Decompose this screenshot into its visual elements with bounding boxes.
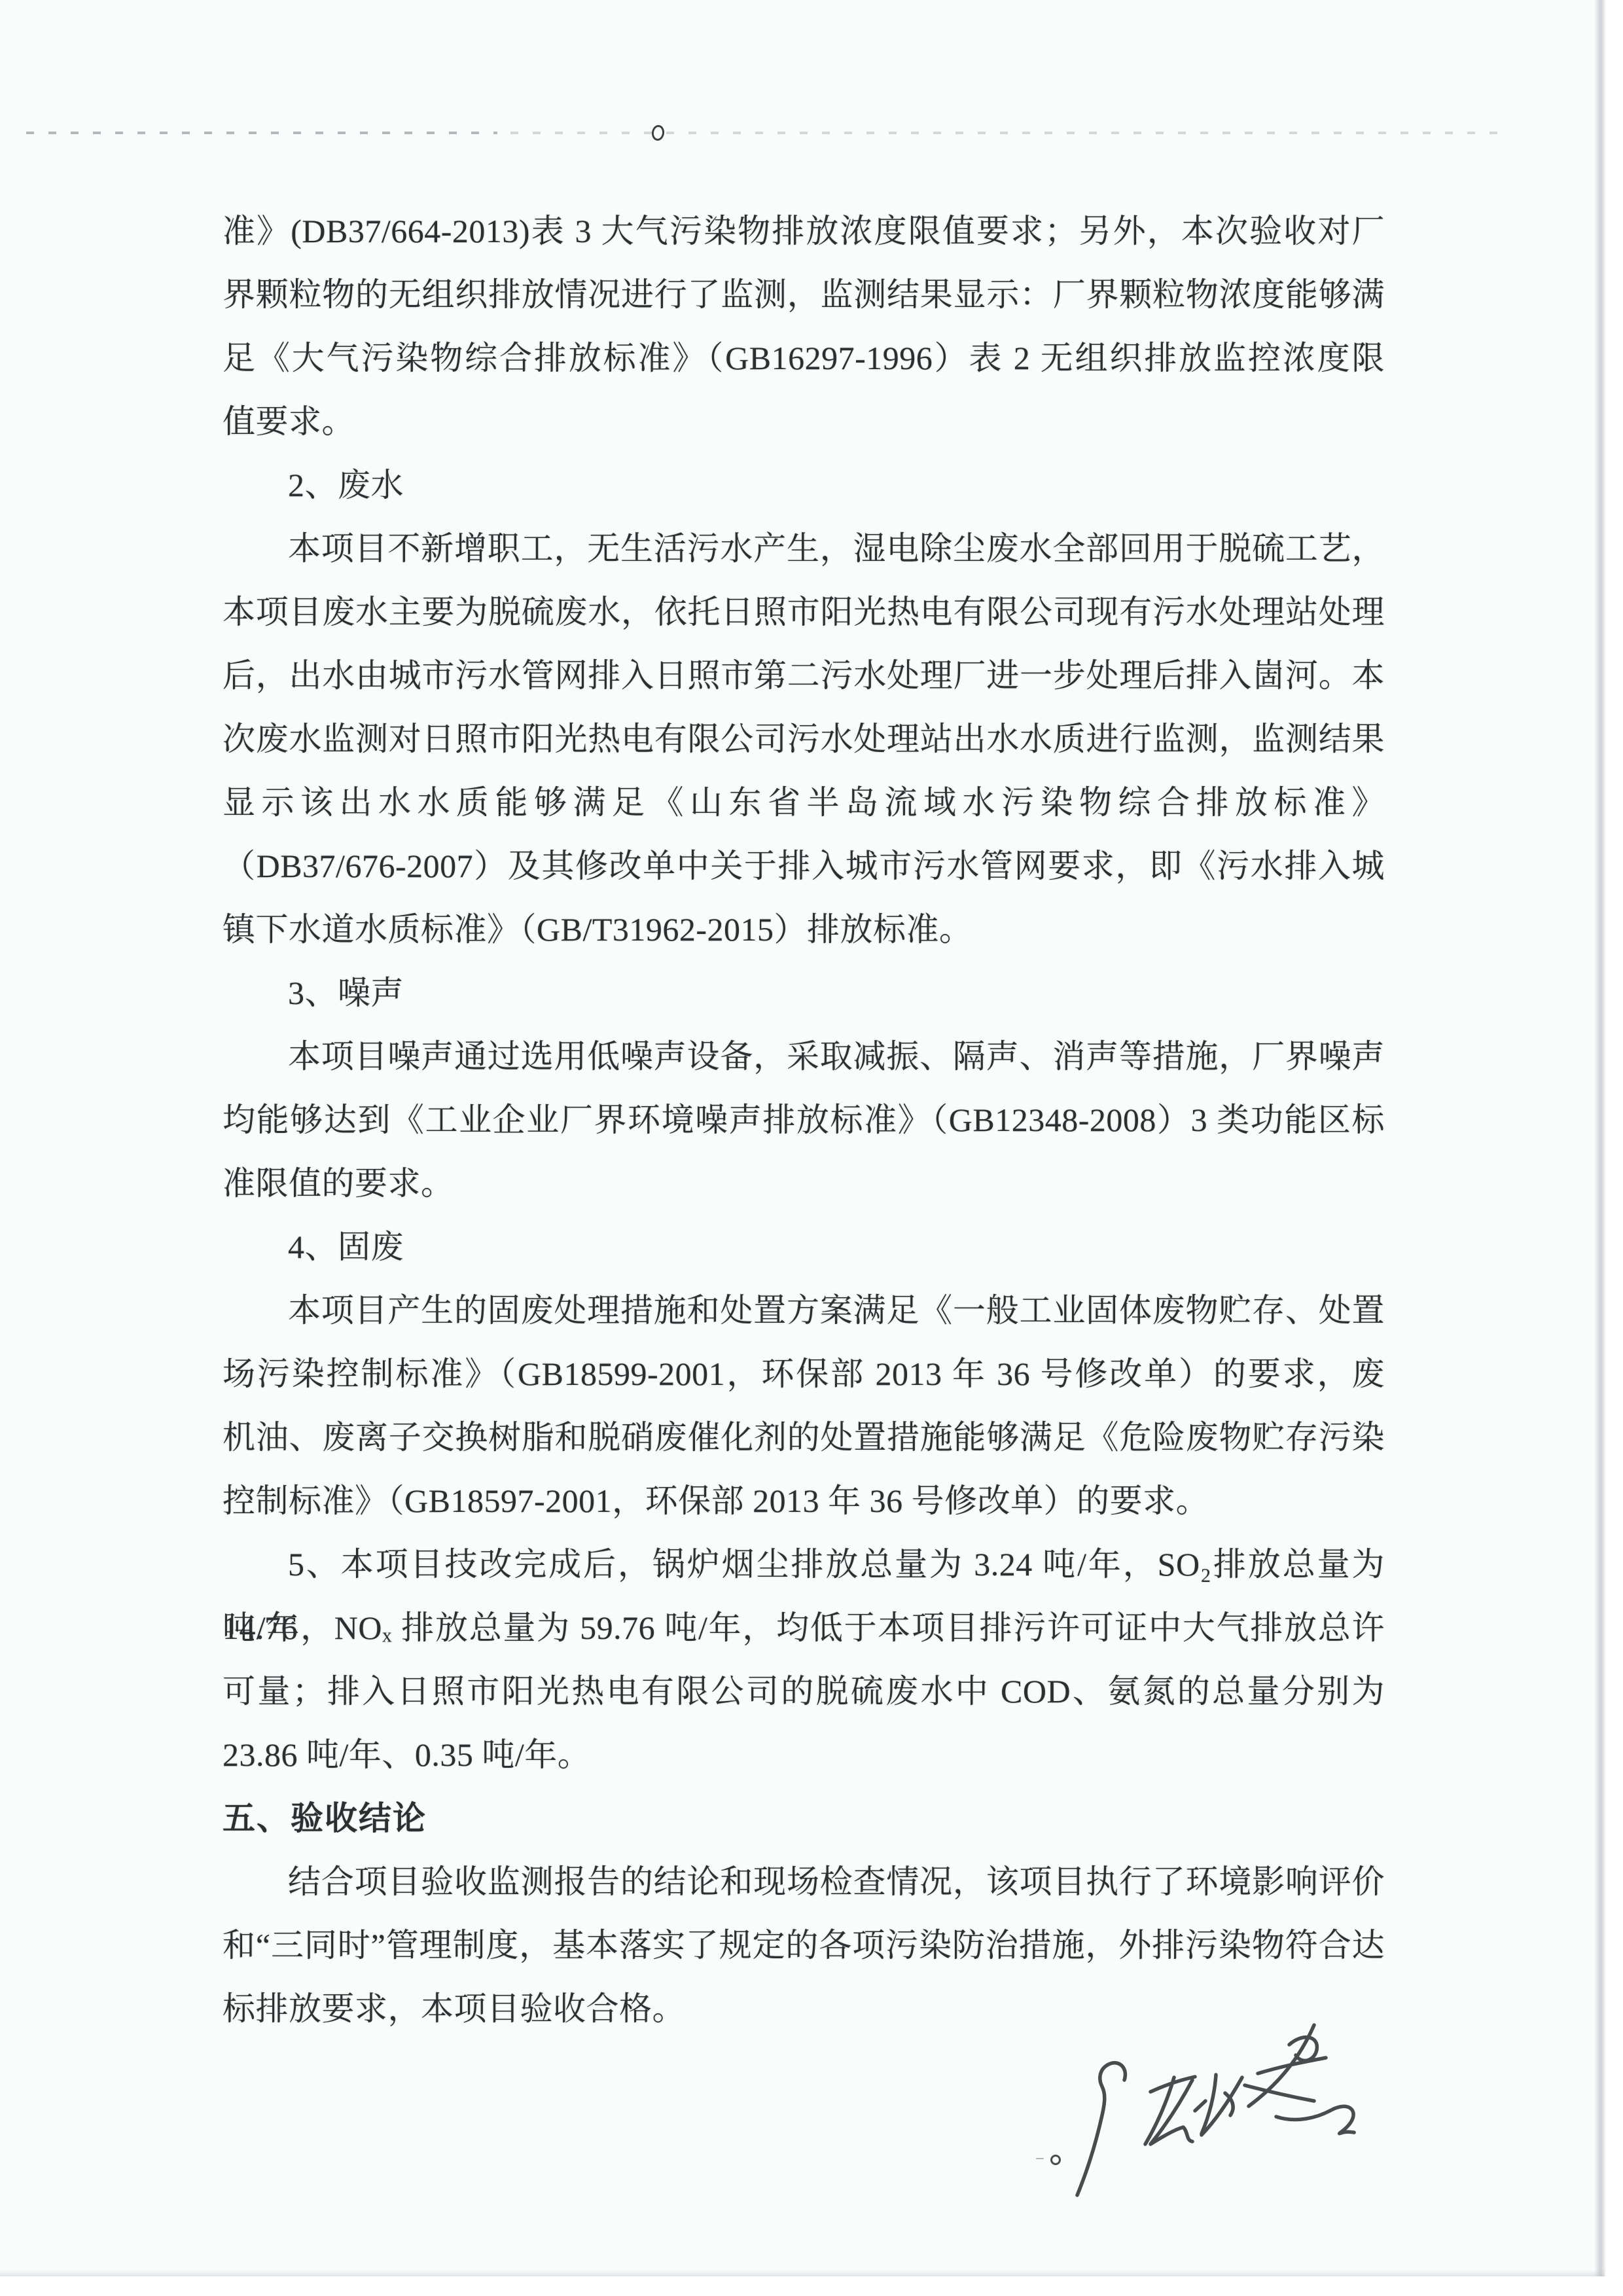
scanned-document-page: 准》(DB37/664-2013)表 3 大气污染物排放浓度限值要求；另外，本次… <box>0 0 1623 2296</box>
text-line: 显示该出水水质能够满足《山东省半岛流域水污染物综合排放标准》 <box>223 771 1385 834</box>
text-line: 本项目不新增职工，无生活污水产生，湿电除尘废水全部回用于脱硫工艺， <box>223 517 1385 581</box>
section-heading-solid-waste: 4、固废 <box>223 1215 1385 1279</box>
text-line: （DB37/676-2007）及其修改单中关于排入城市污水管网要求，即《污水排入… <box>223 834 1385 898</box>
scan-page-bottom-edge <box>0 2270 1605 2276</box>
text-line: 准限值的要求。 <box>223 1152 1385 1215</box>
section-heading-conclusion: 五、验收结论 <box>223 1787 1385 1850</box>
text-line: 结合项目验收监测报告的结论和现场检查情况，该项目执行了环境影响评价 <box>223 1850 1385 1914</box>
text-line: 场污染控制标准》（GB18599-2001，环保部 2013 年 36 号修改单… <box>223 1342 1385 1406</box>
text-line: 和“三同时”管理制度，基本落实了规定的各项污染防治措施，外排污染物符合达 <box>223 1914 1385 1977</box>
text-line: 可量；排入日照市阳光热电有限公司的脱硫废水中 COD、氨氮的总量分别为 <box>223 1660 1385 1723</box>
text-line: 值要求。 <box>223 390 1385 454</box>
text-line: 5、本项目技改完成后，锅炉烟尘排放总量为 3.24 吨/年，SO₂排放总量为 1… <box>223 1533 1385 1596</box>
section-heading-wastewater: 2、废水 <box>223 454 1385 517</box>
handwritten-signature <box>1029 2017 1369 2220</box>
text-line: 次废水监测对日照市阳光热电有限公司污水处理站出水水质进行监测，监测结果 <box>223 708 1385 771</box>
text-line: 本项目噪声通过选用低噪声设备，采取减振、隔声、消声等措施，厂界噪声 <box>223 1025 1385 1088</box>
text-line: 23.86 吨/年、0.35 吨/年。 <box>223 1723 1385 1787</box>
text-line: 本项目废水主要为脱硫废水，依托日照市阳光热电有限公司现有污水处理站处理 <box>223 581 1385 644</box>
text-line: 界颗粒物的无组织排放情况进行了监测，监测结果显示：厂界颗粒物浓度能够满 <box>223 263 1385 327</box>
text-line: 吨/年，NOₓ 排放总量为 59.76 吨/年，均低于本项目排污许可证中大气排放… <box>223 1596 1385 1660</box>
text-line: 机油、废离子交换树脂和脱硝废催化剂的处置措施能够满足《危险废物贮存污染 <box>223 1406 1385 1469</box>
text-line: 后，出水由城市污水管网排入日照市第二污水处理厂进一步处理后排入崮河。本 <box>223 644 1385 708</box>
text-line: 准》(DB37/664-2013)表 3 大气污染物排放浓度限值要求；另外，本次… <box>223 200 1385 263</box>
scan-page-right-edge <box>1594 0 1606 2276</box>
scan-dashed-line-artifact <box>26 132 497 134</box>
text-line: 足《大气污染物综合排放标准》（GB16297-1996）表 2 无组织排放监控浓… <box>223 327 1385 390</box>
document-body-text: 准》(DB37/664-2013)表 3 大气污染物排放浓度限值要求；另外，本次… <box>223 200 1385 2041</box>
section-heading-noise: 3、噪声 <box>223 961 1385 1025</box>
text-line: 均能够达到《工业企业厂界环境噪声排放标准》（GB12348-2008）3 类功能… <box>223 1088 1385 1152</box>
text-line: 镇下水道水质标准》（GB/T31962-2015）排放标准。 <box>223 898 1385 961</box>
text-line: 本项目产生的固废处理措施和处置方案满足《一般工业固体废物贮存、处置 <box>223 1279 1385 1342</box>
signature-strokes <box>1037 2025 1354 2195</box>
text-line: 控制标准》（GB18597-2001，环保部 2013 年 36 号修改单）的要… <box>223 1469 1385 1533</box>
